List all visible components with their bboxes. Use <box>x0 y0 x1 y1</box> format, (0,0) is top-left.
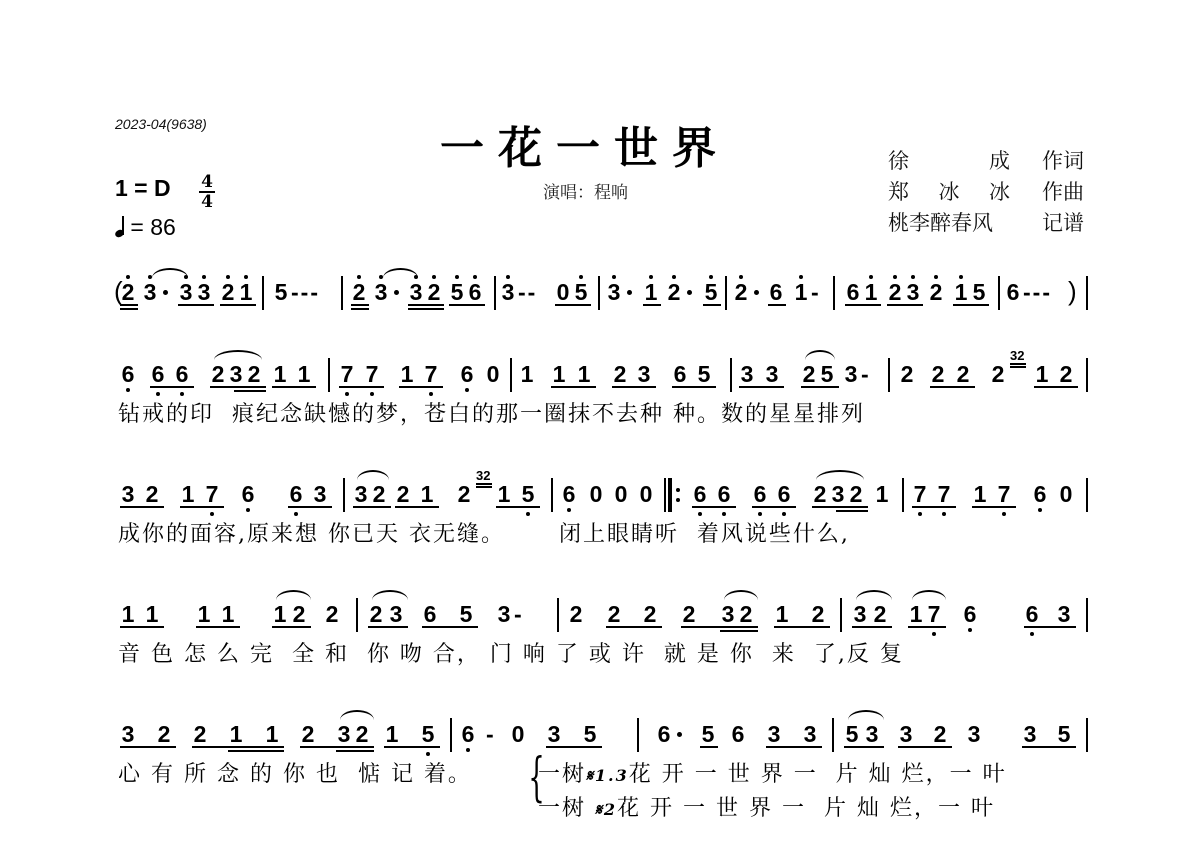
rest-dash: - <box>486 722 494 746</box>
slur-arc <box>856 590 892 600</box>
slur-arc <box>214 350 262 360</box>
octave-low-dot <box>932 632 936 636</box>
note-1: 1 <box>874 482 890 506</box>
note-5: 5 <box>573 280 589 304</box>
augmentation-dot <box>627 290 632 295</box>
grace-underline <box>1010 363 1026 365</box>
octave-high-dot <box>612 275 616 279</box>
note-3: 3 <box>606 280 622 304</box>
octave-high-dot <box>126 275 130 279</box>
lyrics-line: 钻戒的印 痕纪念缺憾的梦，苍白的那一圈抹不去种 种。数的星星排列 <box>118 402 865 428</box>
note-2: 2 <box>395 482 411 506</box>
note-6: 6 <box>422 602 438 626</box>
segno-icon: 𝄋2 <box>595 800 617 819</box>
note-2: 2 <box>872 602 888 626</box>
octave-low-dot <box>758 512 762 516</box>
duration-underline <box>339 386 384 388</box>
octave-low-dot <box>968 628 972 632</box>
barline <box>725 276 727 310</box>
octave-low-dot <box>567 508 571 512</box>
slur-arc <box>724 590 758 600</box>
note-2: 2 <box>456 482 472 506</box>
duration-underline <box>1034 386 1078 388</box>
duration-underline <box>1022 746 1076 748</box>
duration-underline <box>612 386 656 388</box>
duration-underline <box>272 626 311 628</box>
note-2: 2 <box>291 602 307 626</box>
note-7: 7 <box>364 362 380 386</box>
grace-underline <box>1010 366 1026 368</box>
note-2: 2 <box>666 280 682 304</box>
date-code: 2023-04(9638) <box>115 116 207 132</box>
note-2: 2 <box>324 602 340 626</box>
note-2: 2 <box>932 722 948 746</box>
note-2: 2 <box>220 280 236 304</box>
lyrics-line: 成你的面容,原来想 你已天 衣无缝。 闭上眼睛听 着风说些什么, <box>118 522 850 548</box>
repeat-thin-bar <box>664 478 666 512</box>
note-1: 1 <box>551 362 567 386</box>
octave-low-dot <box>465 388 469 392</box>
note-1: 1 <box>793 280 809 304</box>
octave-low-dot <box>722 512 726 516</box>
octave-high-dot <box>432 275 436 279</box>
note-1: 1 <box>264 722 280 746</box>
note-6: 6 <box>1005 280 1021 304</box>
note-6: 6 <box>174 362 190 386</box>
duration-underline <box>120 506 164 508</box>
duration-underline <box>272 386 316 388</box>
note-6: 6 <box>845 280 861 304</box>
octave-high-dot <box>869 275 873 279</box>
octave-high-dot <box>473 275 477 279</box>
octave-high-dot <box>506 275 510 279</box>
note-1: 1 <box>144 602 160 626</box>
duration-underline <box>351 308 369 310</box>
octave-high-dot <box>672 275 676 279</box>
duration-underline <box>368 626 408 628</box>
note-6: 6 <box>467 280 483 304</box>
lyrics-line: 音 色 怎 么 完 全 和 你 吻 合， 门 响 了 或 许 就 是 你 来 了… <box>118 642 904 668</box>
octave-low-dot <box>345 392 349 396</box>
note-6: 6 <box>460 722 476 746</box>
transcriber-credit: 桃李醉春风记谱 <box>888 208 1084 239</box>
note-2: 2 <box>990 362 1006 386</box>
song-title: 一花一世界 <box>440 112 730 176</box>
note-3: 3 <box>408 280 424 304</box>
duration-underline <box>801 386 839 388</box>
verse-lyrics-2: 一树 𝄋2花 开 一 世 界 一 片 灿 烂，一 叶 <box>538 796 995 822</box>
barline <box>356 598 358 632</box>
lyrics-line: 心 有 所 念 的 你 也 惦 记 着。 <box>118 762 472 788</box>
note-1: 1 <box>196 602 212 626</box>
note-6: 6 <box>1032 482 1048 506</box>
duration-underline <box>739 386 784 388</box>
slur-arc <box>340 710 374 720</box>
note-3: 3 <box>336 722 352 746</box>
duration-underline <box>408 304 444 306</box>
note-5: 5 <box>420 722 436 746</box>
note-2: 2 <box>368 602 384 626</box>
note-1: 1 <box>228 722 244 746</box>
octave-high-dot <box>799 275 803 279</box>
note-3: 3 <box>1056 602 1072 626</box>
note-2: 2 <box>1058 362 1074 386</box>
note-0: 0 <box>1058 482 1074 506</box>
key-signature: 1 = D 4 4 <box>115 175 171 202</box>
duration-underline <box>700 746 718 748</box>
augmentation-dot <box>687 290 692 295</box>
barline <box>902 478 904 512</box>
note-5: 5 <box>696 362 712 386</box>
note-5: 5 <box>458 602 474 626</box>
note-1: 1 <box>519 362 535 386</box>
duration-underline <box>178 304 214 306</box>
note-2: 2 <box>120 280 136 304</box>
note-2: 2 <box>144 482 160 506</box>
slur-arc <box>276 590 311 600</box>
duration-underline <box>768 304 786 306</box>
barline <box>551 478 553 512</box>
note-1: 1 <box>643 280 659 304</box>
note-3: 3 <box>496 602 512 626</box>
duration-underline <box>845 304 881 306</box>
note-2: 2 <box>810 602 826 626</box>
note-3: 3 <box>120 722 136 746</box>
octave-high-dot <box>226 275 230 279</box>
duration-underline <box>496 506 540 508</box>
key-label: 1 = D <box>115 175 171 201</box>
duration-underline <box>836 506 868 508</box>
note-1: 1 <box>120 602 136 626</box>
slur-arc <box>912 590 946 600</box>
note-3: 3 <box>764 362 780 386</box>
note-3: 3 <box>864 722 880 746</box>
duration-underline <box>180 506 224 508</box>
octave-low-dot <box>942 512 946 516</box>
note-6: 6 <box>561 482 577 506</box>
duration-underline <box>228 746 284 748</box>
barline <box>1086 276 1088 310</box>
duration-underline <box>692 506 736 508</box>
note-3: 3 <box>830 482 846 506</box>
augmentation-dot <box>394 290 399 295</box>
verse-prefix: 一树 <box>538 762 586 787</box>
octave-low-dot <box>1038 508 1042 512</box>
note-0: 0 <box>485 362 501 386</box>
note-3: 3 <box>852 602 868 626</box>
note-6: 6 <box>730 722 746 746</box>
verse-prefix: 一树 <box>538 796 595 821</box>
octave-low-dot <box>126 388 130 392</box>
octave-low-dot <box>429 392 433 396</box>
note-3: 3 <box>178 280 194 304</box>
verse-text: 花 开 一 世 界 一 片 灿 烂，一 叶 <box>629 762 1007 787</box>
duration-underline <box>228 750 284 752</box>
duration-underline <box>887 304 923 306</box>
time-signature: 4 4 <box>198 173 216 211</box>
slur-arc <box>816 470 864 480</box>
note-1: 1 <box>272 362 288 386</box>
note-2: 2 <box>568 602 584 626</box>
duration-underline <box>551 386 596 388</box>
duration-underline <box>606 626 662 628</box>
octave-low-dot <box>1030 632 1034 636</box>
duration-underline <box>703 304 721 306</box>
duration-underline <box>720 630 758 632</box>
duration-underline <box>395 506 439 508</box>
note-1: 1 <box>238 280 254 304</box>
note-7: 7 <box>339 362 355 386</box>
note-6: 6 <box>656 722 672 746</box>
duration-underline <box>766 746 822 748</box>
barline <box>840 598 842 632</box>
augmentation-dot <box>754 290 759 295</box>
sustain-dashes: - <box>514 602 524 626</box>
time-sig-bottom: 4 <box>198 193 216 211</box>
duration-underline <box>120 304 138 306</box>
duration-underline <box>353 506 391 508</box>
note-1: 1 <box>296 362 312 386</box>
duration-underline <box>836 510 868 512</box>
octave-high-dot <box>911 275 915 279</box>
note-6: 6 <box>768 280 784 304</box>
octave-high-dot <box>893 275 897 279</box>
note-7: 7 <box>912 482 928 506</box>
note-3: 3 <box>898 722 914 746</box>
barline <box>494 276 496 310</box>
note-6: 6 <box>150 362 166 386</box>
note-0: 0 <box>613 482 629 506</box>
note-2: 2 <box>192 722 208 746</box>
duration-underline <box>336 750 374 752</box>
note-3: 3 <box>373 280 389 304</box>
note-2: 2 <box>930 362 946 386</box>
barline <box>1086 358 1088 392</box>
note-6: 6 <box>962 602 978 626</box>
note-0: 0 <box>555 280 571 304</box>
credits-block: 徐成作词 郑冰冰作曲 桃李醉春风记谱 <box>888 146 1084 239</box>
sustain-dashes: - <box>811 280 821 304</box>
repeat-dots <box>676 488 680 508</box>
duration-underline <box>120 746 176 748</box>
note-3: 3 <box>636 362 652 386</box>
note-1: 1 <box>908 602 924 626</box>
barline <box>1086 718 1088 752</box>
octave-low-dot <box>466 748 470 752</box>
note-0: 0 <box>510 722 526 746</box>
octave-high-dot <box>959 275 963 279</box>
duration-underline <box>844 746 884 748</box>
duration-underline <box>643 304 661 306</box>
grace-underline <box>476 486 492 488</box>
barline <box>557 598 559 632</box>
note-2: 2 <box>738 602 754 626</box>
slur-arc <box>383 268 418 278</box>
singer-credit: 演唱：程响 <box>543 178 628 203</box>
note-2: 2 <box>887 280 903 304</box>
credit-name: 郑冰冰 <box>888 177 1010 208</box>
time-sig-top: 4 <box>198 173 216 191</box>
note-3: 3 <box>905 280 921 304</box>
octave-high-dot <box>244 275 248 279</box>
duration-underline <box>399 386 443 388</box>
note-2: 2 <box>801 362 817 386</box>
note-3: 3 <box>766 722 782 746</box>
note-6: 6 <box>752 482 768 506</box>
note-1: 1 <box>496 482 512 506</box>
note-2: 2 <box>812 482 828 506</box>
duration-underline <box>912 506 956 508</box>
note-6: 6 <box>288 482 304 506</box>
barline <box>262 276 264 310</box>
quarter-note-icon <box>115 216 124 238</box>
octave-low-dot <box>918 512 922 516</box>
slur-arc <box>848 710 884 720</box>
octave-low-dot <box>698 512 702 516</box>
note-3: 3 <box>739 362 755 386</box>
duration-underline <box>953 304 989 306</box>
augmentation-dot <box>163 290 168 295</box>
barline <box>832 718 834 752</box>
note-3: 3 <box>120 482 136 506</box>
credit-role: 记谱 <box>1042 208 1084 239</box>
sustain-dashes: --- <box>291 280 320 304</box>
note-5: 5 <box>703 280 719 304</box>
barline <box>450 718 452 752</box>
note-5: 5 <box>819 362 835 386</box>
note-7: 7 <box>204 482 220 506</box>
duration-underline <box>351 304 369 306</box>
credit-role: 作词 <box>1042 146 1084 177</box>
octave-high-dot <box>739 275 743 279</box>
note-5: 5 <box>449 280 465 304</box>
octave-low-dot <box>210 512 214 516</box>
barline <box>1086 478 1088 512</box>
barline <box>328 358 330 392</box>
barline <box>598 276 600 310</box>
octave-low-dot <box>246 508 250 512</box>
slur-arc <box>152 268 188 278</box>
tempo-value: = 86 <box>130 214 175 240</box>
note-3: 3 <box>966 722 982 746</box>
duration-underline <box>234 390 266 392</box>
duration-underline <box>908 626 946 628</box>
slur-arc <box>357 470 389 480</box>
duration-underline <box>1024 626 1076 628</box>
duration-underline <box>546 746 602 748</box>
note-2: 2 <box>733 280 749 304</box>
note-6: 6 <box>692 482 708 506</box>
note-1: 1 <box>576 362 592 386</box>
duration-underline <box>196 626 240 628</box>
note-7: 7 <box>936 482 952 506</box>
octave-low-dot <box>294 512 298 516</box>
barline <box>343 478 345 512</box>
note-2: 2 <box>300 722 316 746</box>
note-0: 0 <box>588 482 604 506</box>
barline <box>888 358 890 392</box>
note-3: 3 <box>1022 722 1038 746</box>
octave-high-dot <box>649 275 653 279</box>
note-5: 5 <box>1056 722 1072 746</box>
barline <box>637 718 639 752</box>
duration-underline <box>972 506 1016 508</box>
barline <box>510 358 512 392</box>
octave-high-dot <box>579 275 583 279</box>
sustain-dashes: - <box>861 362 871 386</box>
credit-name: 桃李醉春风 <box>888 208 1010 239</box>
note-5: 5 <box>273 280 289 304</box>
note-1: 1 <box>180 482 196 506</box>
note-2: 2 <box>371 482 387 506</box>
note-5: 5 <box>844 722 860 746</box>
repeat-thick-bar <box>668 478 672 512</box>
note-5: 5 <box>520 482 536 506</box>
duration-underline <box>774 626 830 628</box>
note-7: 7 <box>996 482 1012 506</box>
note-3: 3 <box>228 362 244 386</box>
note-7: 7 <box>423 362 439 386</box>
note-1: 1 <box>953 280 969 304</box>
note-2: 2 <box>426 280 442 304</box>
note-2: 2 <box>642 602 658 626</box>
note-6: 6 <box>459 362 475 386</box>
note-3: 3 <box>802 722 818 746</box>
duration-underline <box>288 506 332 508</box>
barline <box>730 358 732 392</box>
tempo-marking: = 86 <box>115 214 176 241</box>
note-5: 5 <box>700 722 716 746</box>
composer-credit: 郑冰冰作曲 <box>888 177 1084 208</box>
note-1: 1 <box>863 280 879 304</box>
barline <box>998 276 1000 310</box>
octave-high-dot <box>202 275 206 279</box>
note-2: 2 <box>848 482 864 506</box>
note-6: 6 <box>776 482 792 506</box>
duration-underline <box>720 626 758 628</box>
duration-underline <box>672 386 716 388</box>
barline <box>833 276 835 310</box>
duration-underline <box>422 626 478 628</box>
grace-underline <box>476 483 492 485</box>
octave-high-dot <box>357 275 361 279</box>
augmentation-dot <box>677 732 682 737</box>
note-1: 1 <box>272 602 288 626</box>
note-1: 1 <box>972 482 988 506</box>
grace-notes: 32 <box>476 470 490 482</box>
note-3: 3 <box>843 362 859 386</box>
paren-close: ) <box>1068 278 1077 304</box>
note-3: 3 <box>500 280 516 304</box>
verse-lyrics-1: 一树𝄋1.3花 开 一 世 界 一 片 灿 烂，一 叶 <box>538 762 1007 788</box>
note-2: 2 <box>354 722 370 746</box>
note-2: 2 <box>246 362 262 386</box>
note-2: 2 <box>606 602 622 626</box>
barline <box>1086 598 1088 632</box>
note-3: 3 <box>196 280 212 304</box>
note-6: 6 <box>716 482 732 506</box>
duration-underline <box>150 386 194 388</box>
note-2: 2 <box>612 362 628 386</box>
duration-underline <box>384 746 440 748</box>
note-1: 1 <box>384 722 400 746</box>
note-2: 2 <box>210 362 226 386</box>
duration-underline <box>898 746 952 748</box>
grace-notes: 32 <box>1010 350 1024 362</box>
duration-underline <box>852 626 892 628</box>
note-1: 1 <box>1034 362 1050 386</box>
credit-name: 徐成 <box>888 146 1010 177</box>
